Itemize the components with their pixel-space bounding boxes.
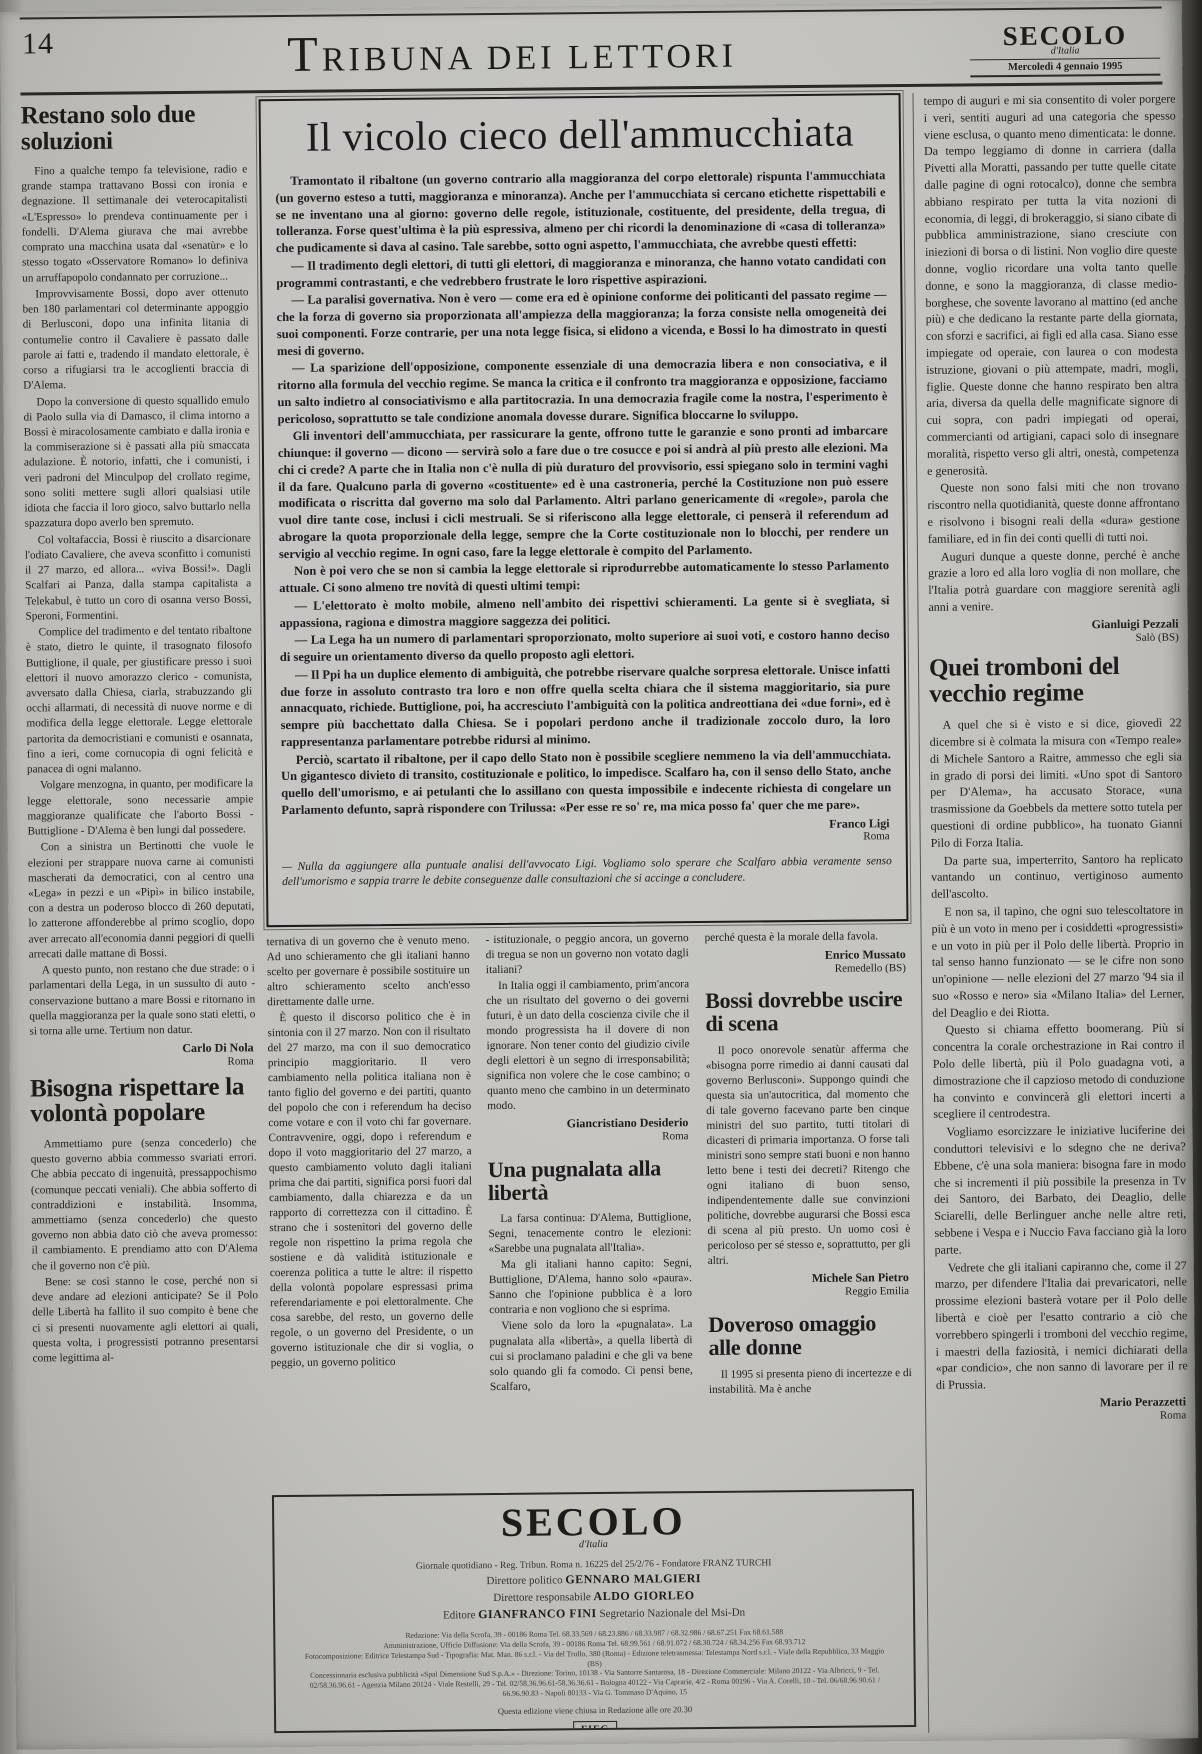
article-title: Quei tromboni del vecchio regime <box>929 654 1181 707</box>
paragraph: È questo il discorso politico che è in s… <box>267 1009 473 1371</box>
paragraph: — La Lega ha un numero di parlamentari s… <box>280 626 890 665</box>
paragraph: Con a sinistra un Bertinotti che vuole l… <box>28 839 255 963</box>
article-tromboni: Quei tromboni del vecchio regime A quel … <box>929 654 1188 1425</box>
center-column: Il vicolo cieco dell'ammucchiata Tramont… <box>259 93 917 1739</box>
fieg-logo: FIEG <box>573 1721 618 1733</box>
masthead-logo-subtitle: d'Italia <box>970 45 1160 58</box>
article-body: Ammettiamo pure (senza concederlo) che q… <box>30 1135 258 1367</box>
editor-note: — Nulla da aggiungere alla puntuale anal… <box>282 853 892 891</box>
signature-name: Carlo Di Nola <box>30 1042 254 1058</box>
paragraph: Queste non sono falsi miti che non trova… <box>927 478 1180 548</box>
article-bossi: Bossi dovrebbe uscire di scena Il poco o… <box>705 988 911 1299</box>
role-publisher: Editore GIANFRANCO FINI Segretario Nazio… <box>301 1603 887 1624</box>
role-name: GIANFRANCO FINI <box>478 1606 597 1621</box>
signature-name: Giancristiano Desiderio <box>487 1116 688 1132</box>
role-name: ALDO GIORLEO <box>593 1588 694 1603</box>
signature-place: Roma <box>487 1130 688 1145</box>
article-body: Il poco onorevole senatùr afferma che «b… <box>706 1042 911 1269</box>
paragraph: perché questa è la morale della favola. <box>705 929 908 946</box>
article-pugnalata: Una pugnalata alla libertà La farsa cont… <box>488 1157 693 1395</box>
paragraph: In Italia oggi il cambiamento, prim'anco… <box>486 977 690 1114</box>
signature-block: Enrico Mussato Remedello (BS) <box>705 948 906 976</box>
signature-place: Reggio Emilia <box>708 1285 909 1300</box>
article-body: Il 1995 si presenta pieno di incertezze … <box>709 1366 912 1398</box>
paragraph: Tramontato il ribaltone (un governo cont… <box>275 167 886 257</box>
paragraph: Questo si chiama effetto boomerang. Più … <box>932 1020 1185 1123</box>
issue-date: Mercoledì 4 gennaio 1995 <box>970 58 1160 78</box>
paragraph: — Il Ppi ha un duplice elemento di ambig… <box>280 661 891 751</box>
paragraph: Viene solo da loro la «pugnalata». La pu… <box>489 1318 693 1395</box>
article-bisogna-rispettare: Bisogna rispettare la volontà popolare A… <box>30 1074 259 1367</box>
paragraph: — L'elettorato è molto mobile, almeno ne… <box>279 592 889 631</box>
article-body: La farsa continua: D'Alema, Buttiglione,… <box>488 1211 693 1395</box>
paragraph: Ammettiamo pure (senza concederlo) che q… <box>30 1135 257 1274</box>
signature-block: Mario Perazzetti Roma <box>936 1395 1186 1424</box>
paragraph: Perciò, scartato il ribaltone, per il ca… <box>281 746 892 819</box>
continuation-column-2: - istituzionale, o peggio ancora, un gov… <box>486 931 694 1485</box>
signature-block: Carlo Di Nola Roma <box>30 1042 254 1071</box>
paragraph: Vedrete che gli italiani capiranno che, … <box>935 1257 1188 1394</box>
article-title: Una pugnalata alla libertà <box>488 1157 691 1205</box>
main-article-box: Il vicolo cieco dell'ammucchiata Tramont… <box>259 93 909 927</box>
continuation-text: - istituzionale, o peggio ancora, un gov… <box>486 931 691 1114</box>
article-body: Fino a qualche tempo fa televisione, rad… <box>21 162 255 1039</box>
paragraph: — La paralisi governativa. Non è vero — … <box>276 286 887 359</box>
paragraph: A quel che si è visto e si dice, giovedì… <box>929 715 1182 852</box>
paragraph: ternativa di un governo che è venuto men… <box>267 933 471 1010</box>
continuation-column-1: ternativa di un governo che è venuto men… <box>267 933 475 1487</box>
paragraph: Da parte sua, imperterrito, Santoro ha r… <box>931 850 1183 903</box>
signature-place: Remedello (BS) <box>705 962 906 977</box>
scanned-page: 14 Tribuna dei lettori SECOLO d'Italia M… <box>0 0 1202 1754</box>
page-body: Restano solo due soluzioni Fino a qualch… <box>21 91 1179 1742</box>
main-article-body: Tramontato il ribaltone (un governo cont… <box>275 167 891 818</box>
paragraph: Complice del tradimento e del tentato ri… <box>26 623 253 778</box>
paragraph: Bene: se così stanno le cose, perché non… <box>32 1273 259 1367</box>
paragraph: Non è poi vero che se non si cambia la l… <box>279 557 889 596</box>
role-name: GENNARO MALGIERI <box>565 1571 701 1586</box>
paragraph: Dopo la conversione di questo squallido … <box>23 393 250 532</box>
page-header: 14 Tribuna dei lettori SECOLO d'Italia M… <box>20 13 1163 96</box>
right-column: tempo di auguri e mi sia consentito di v… <box>913 90 1192 1732</box>
paragraph: Concessionaria esclusiva pubblicità «Spa… <box>302 1666 888 1701</box>
paragraph: - istituzionale, o peggio ancora, un gov… <box>486 931 689 978</box>
article-donne: Doveroso omaggio alle donne Il 1995 si p… <box>708 1312 912 1398</box>
article-body: A quel che si è visto e si dice, giovedì… <box>929 715 1187 1394</box>
continuation-column-3: perché questa è la morale della favola. … <box>705 929 913 1483</box>
paragraph: Fino a qualche tempo fa televisione, rad… <box>21 162 248 286</box>
signature-block: Gianluigi Pezzali Salò (BS) <box>929 617 1179 646</box>
article-title: Restano solo due soluzioni <box>21 101 247 154</box>
paragraph: Improvvisamente Bossi, dopo aver ottenut… <box>22 285 249 394</box>
paragraph: Il 1995 si presenta pieno di incertezze … <box>709 1366 912 1398</box>
paragraph: — Il tradimento degli elettori, di tutti… <box>276 252 886 291</box>
page-number: 14 <box>22 27 54 61</box>
paragraph: Volgare menzogna, in quanto, per modific… <box>27 777 254 840</box>
article-title: Bossi dovrebbe uscire di scena <box>705 988 908 1036</box>
paragraph: Ma gli italiani hanno capito: Segni, But… <box>489 1257 693 1319</box>
role-label: Direttore responsabile <box>493 1591 591 1604</box>
newspaper-sheet: 14 Tribuna dei lettori SECOLO d'Italia M… <box>0 0 1198 1749</box>
signature-place: Roma <box>936 1409 1186 1424</box>
section-title: Tribuna dei lettori <box>287 20 737 82</box>
paragraph: A questo punto, non restano che due stra… <box>29 961 256 1039</box>
masthead-logo-block: SECOLO d'Italia Mercoledì 4 gennaio 1995 <box>970 22 1161 77</box>
publisher-smallprint: Redazione: Via della Scrofa, 39 - 00186 … <box>301 1626 888 1701</box>
signature-name: Mario Perazzetti <box>936 1395 1186 1411</box>
continuation-text-donne: tempo di auguri e mi sia consentito di v… <box>924 90 1181 615</box>
main-article-title: Il vicolo cieco dell'ammucchiata <box>275 107 885 161</box>
paragraph: Il poco onorevole senatùr afferma che «b… <box>706 1042 911 1269</box>
paragraph: Gli inventori dell'ammucchiata, per rass… <box>278 422 889 562</box>
center-continuation-columns: ternativa di un governo che è venuto men… <box>267 929 914 1487</box>
signature-block: Giancristiano Desiderio Roma <box>487 1116 688 1144</box>
paragraph: Auguri dunque a queste donne, perché è a… <box>928 546 1181 616</box>
signature-place: Salò (BS) <box>929 631 1179 646</box>
paragraph: E non sa, il tapino, che ogni suo telesc… <box>931 901 1184 1021</box>
paragraph: La farsa continua: D'Alema, Buttiglione,… <box>488 1211 691 1258</box>
continuation-text: perché questa è la morale della favola. <box>705 929 908 946</box>
paragraph: tempo di auguri e mi sia consentito di v… <box>924 90 1180 479</box>
article-restano-solo: Restano solo due soluzioni Fino a qualch… <box>21 101 256 1070</box>
role-suffix: Segretario Nazionale del Msi-Dn <box>599 1607 745 1620</box>
role-label: Direttore politico <box>486 1574 562 1587</box>
signature-place: Roma <box>30 1055 254 1070</box>
signature-block: Franco Ligi Roma <box>281 817 889 849</box>
article-title: Bisogna rispettare la volontà popolare <box>30 1074 256 1127</box>
paragraph: Vogliamo esorcizzare le iniziative lucif… <box>933 1122 1186 1259</box>
publisher-box: SECOLO d'Italia Giornale quotidiano - Re… <box>272 1489 916 1733</box>
paragraph: Col voltafaccia, Bossi è riuscito a disa… <box>25 531 252 625</box>
article-title: Doveroso omaggio alle donne <box>708 1312 911 1360</box>
paragraph: — La sparizione dell'opposizione, compon… <box>277 354 888 427</box>
signature-block: Michele San Pietro Reggio Emilia <box>708 1271 909 1299</box>
left-column: Restano solo due soluzioni Fino a qualch… <box>21 99 263 1741</box>
role-label: Editore <box>443 1609 476 1621</box>
